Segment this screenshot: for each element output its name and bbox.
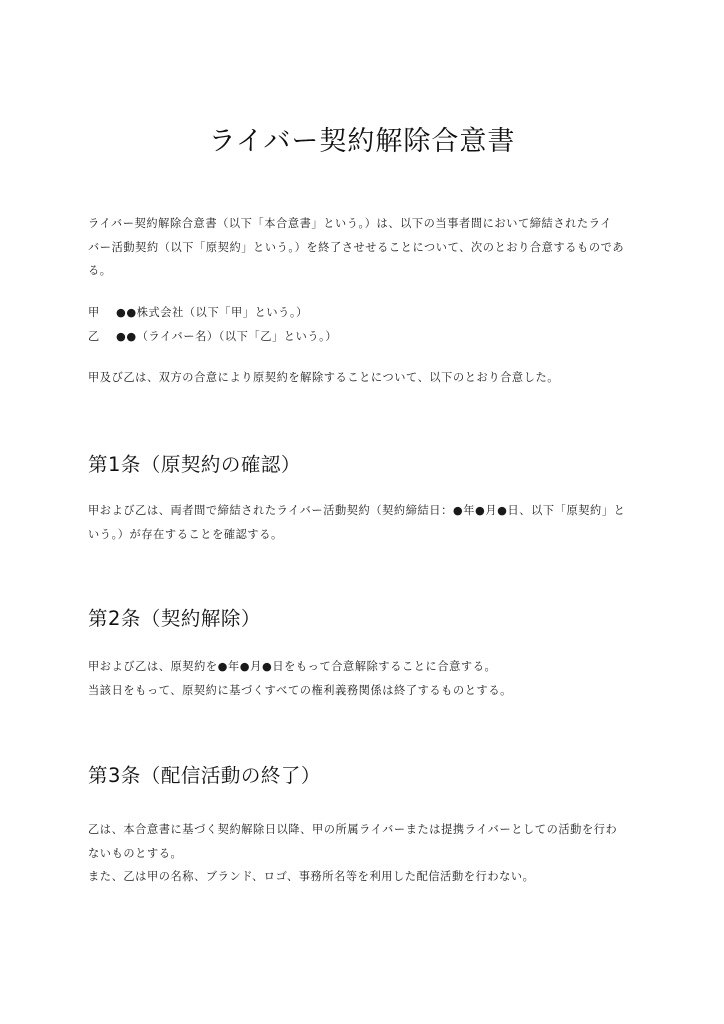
article-1-body: 甲および乙は、両者間で締結されたライバー活動契約（契約締結日：●年●月●日、以下… <box>88 499 636 546</box>
agreement-statement: 甲及び乙は、双方の合意により原契約を解除することについて、以下のとおり合意した。 <box>88 366 636 390</box>
article-2-body: 甲および乙は、原契約を●年●月●日をもって合意解除することに合意する。 当該日を… <box>88 655 636 702</box>
party-row-ko: 甲 ●●株式会社（以下「甲」という。） <box>88 301 636 325</box>
parties: 甲 ●●株式会社（以下「甲」という。） 乙 ●●（ライバー名）（以下「乙」という… <box>88 301 636 348</box>
party-label: 乙 <box>88 325 116 349</box>
article-line: また、乙は甲の名称、ブランド、ロゴ、事務所名等を利用した配信活動を行わない。 <box>88 865 636 889</box>
article-line: 当該日をもって、原契約に基づくすべての権利義務関係は終了するものとする。 <box>88 679 636 703</box>
document-page: ライバー契約解除合意書 ライバー契約解除合意書（以下「本合意書」という。）は、以… <box>0 0 724 1024</box>
article-line: いう。）が存在することを確認する。 <box>88 523 636 547</box>
article-line: ないものとする。 <box>88 842 636 866</box>
article-line: 甲および乙は、両者間で締結されたライバー活動契約（契約締結日：●年●月●日、以下… <box>88 499 636 523</box>
party-label: 甲 <box>88 301 116 325</box>
document-title: ライバー契約解除合意書 <box>0 122 724 162</box>
article-2-heading: 第2条（契約解除） <box>88 605 261 633</box>
article-1-heading: 第1条（原契約の確認） <box>88 451 301 479</box>
article-3-heading: 第3条（配信活動の終了） <box>88 762 321 790</box>
article-3-body: 乙は、本合意書に基づく契約解除日以降、甲の所属ライバーまたは提携ライバーとしての… <box>88 818 636 889</box>
party-value: ●●株式会社（以下「甲」という。） <box>116 301 308 325</box>
preamble-line: バー活動契約（以下「原契約」という。）を終了させせることについて、次のとおり合意… <box>88 236 636 260</box>
preamble-line: る。 <box>88 259 636 283</box>
party-row-otsu: 乙 ●●（ライバー名）（以下「乙」という。） <box>88 325 636 349</box>
preamble-line: ライバー契約解除合意書（以下「本合意書」という。）は、以下の当事者間において締結… <box>88 212 636 236</box>
preamble: ライバー契約解除合意書（以下「本合意書」という。）は、以下の当事者間において締結… <box>88 212 636 283</box>
party-value: ●●（ライバー名）（以下「乙」という。） <box>116 325 337 349</box>
article-line: 甲および乙は、原契約を●年●月●日をもって合意解除することに合意する。 <box>88 655 636 679</box>
article-line: 乙は、本合意書に基づく契約解除日以降、甲の所属ライバーまたは提携ライバーとしての… <box>88 818 636 842</box>
agreement-statement-text: 甲及び乙は、双方の合意により原契約を解除することについて、以下のとおり合意した。 <box>88 366 636 390</box>
